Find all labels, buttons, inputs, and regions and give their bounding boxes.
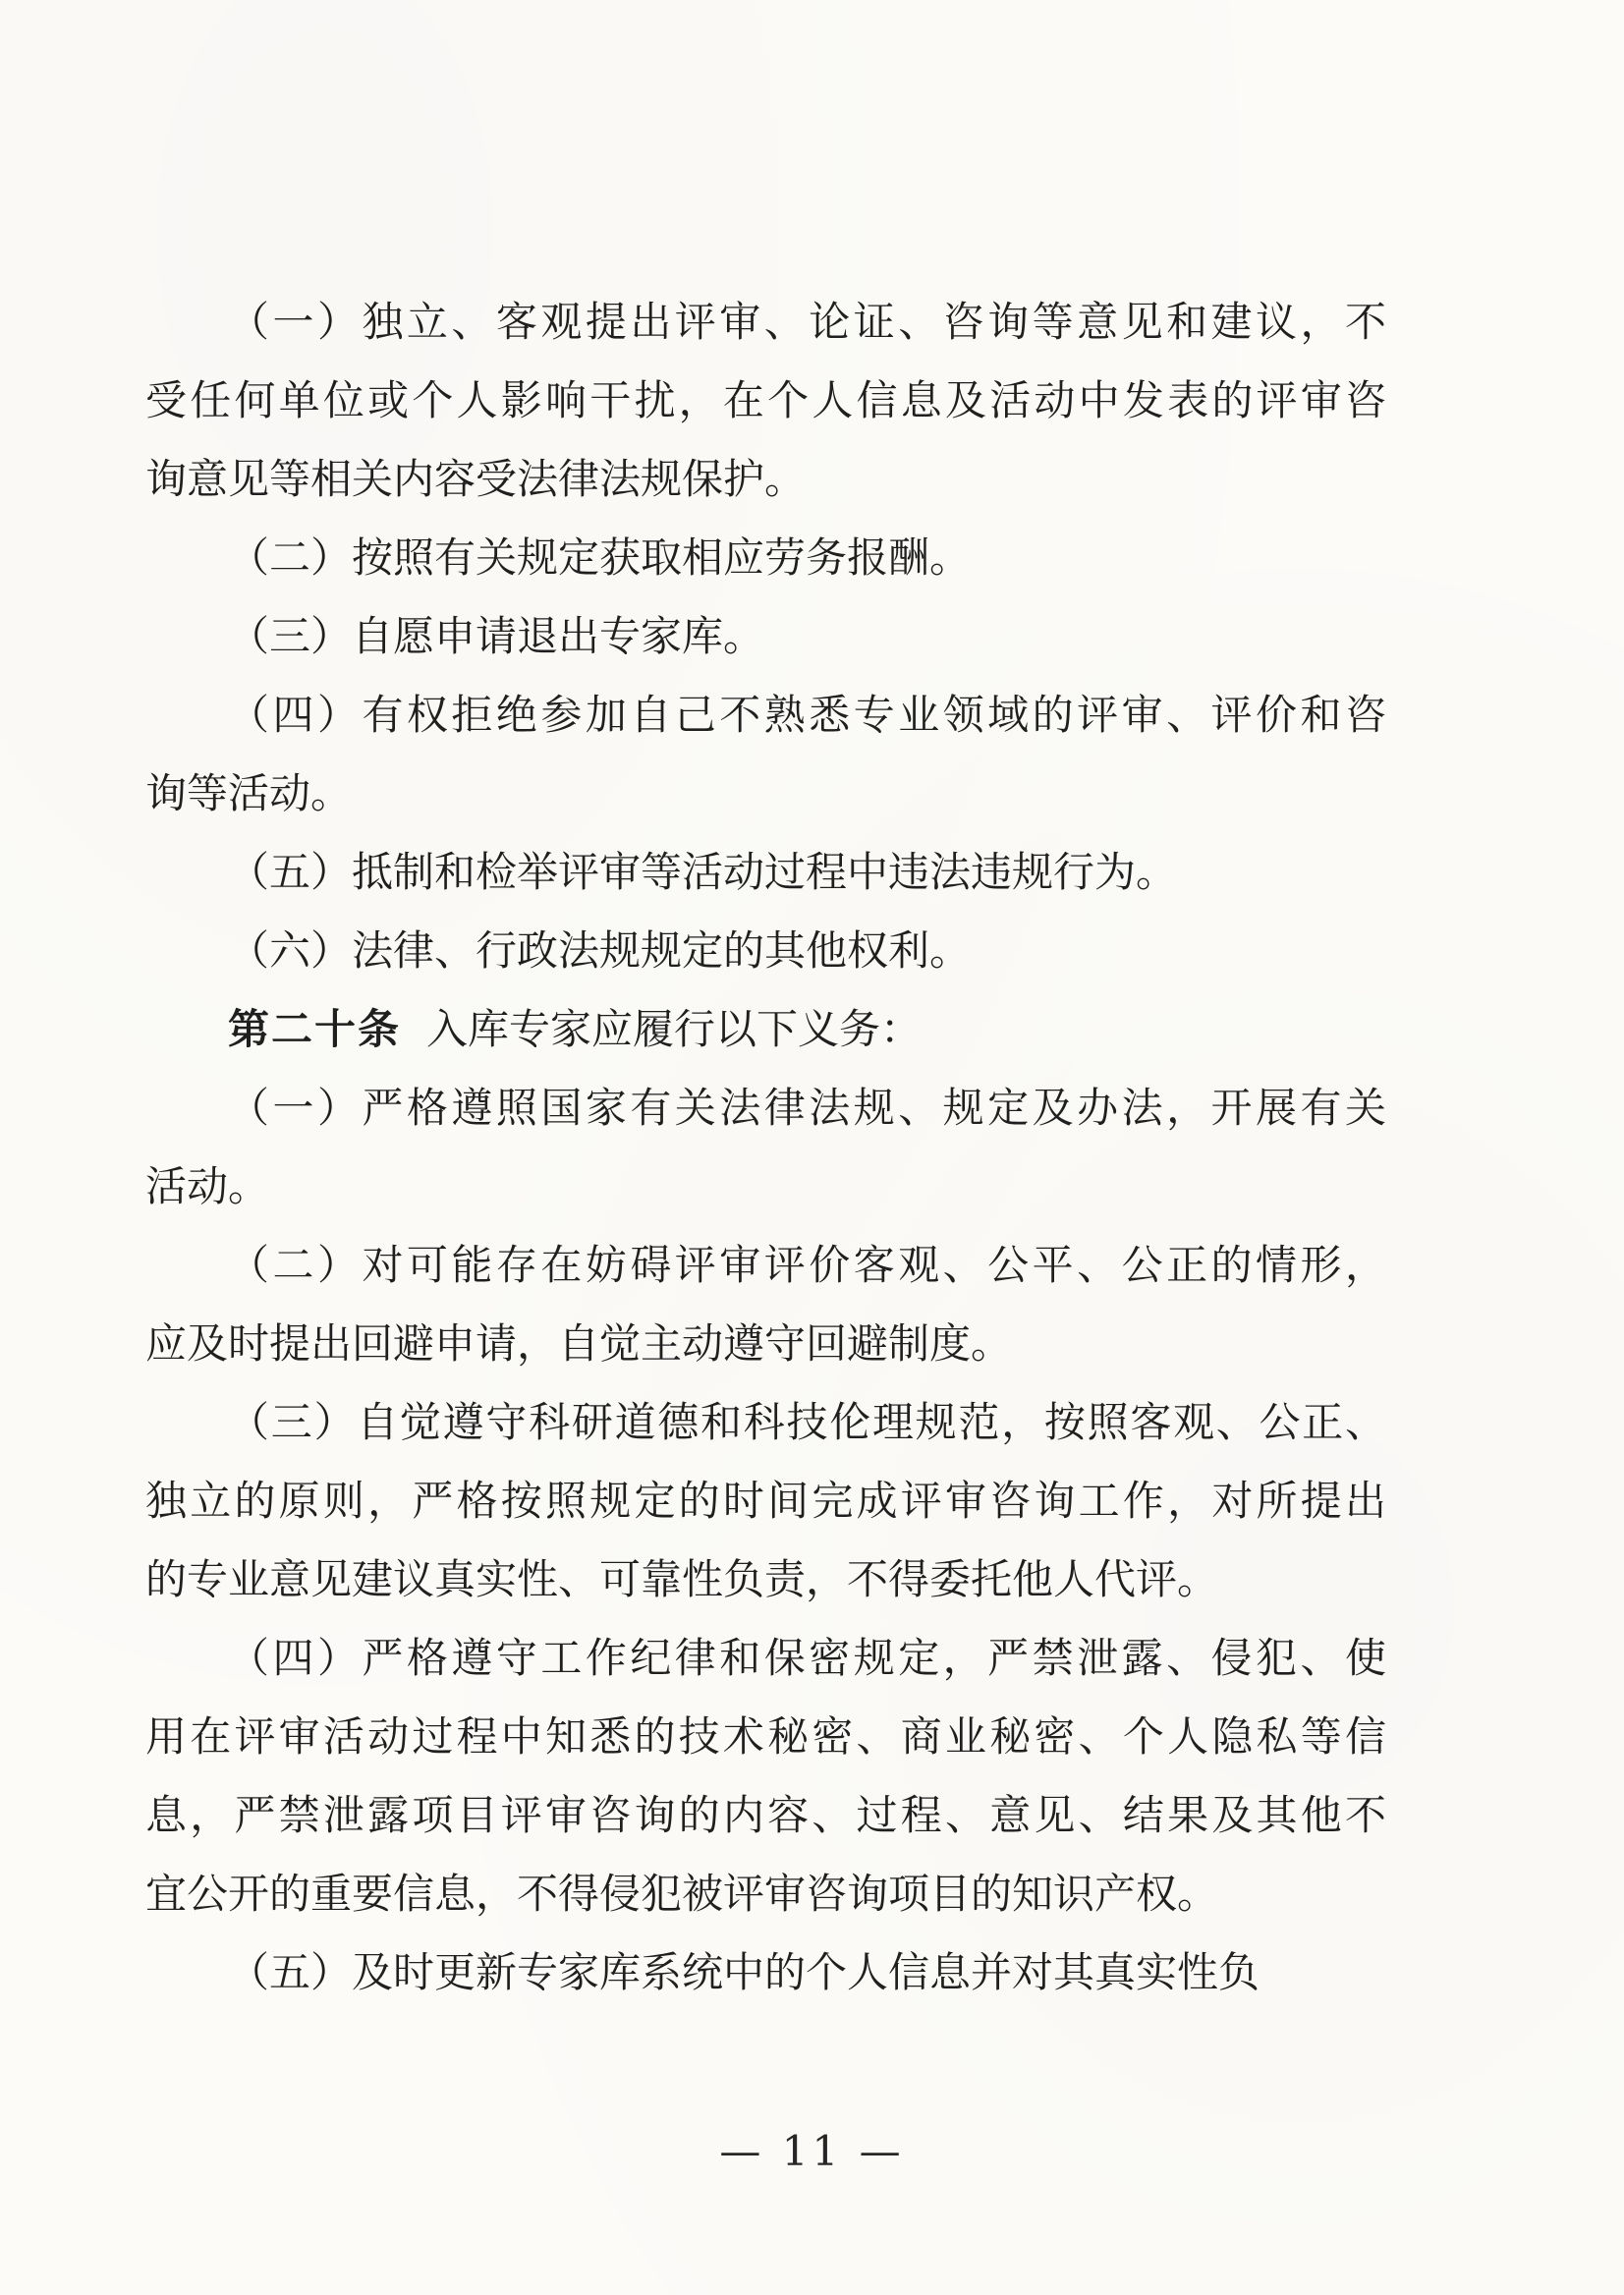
text-line: 宜公开的重要信息，不得侵犯被评审咨询项目的知识产权。 bbox=[145, 1855, 1386, 1933]
paragraph: （三）自愿申请退出专家库。 bbox=[145, 597, 1386, 676]
text-line: 的专业意见建议真实性、可靠性负责，不得委托他人代评。 bbox=[145, 1540, 1386, 1619]
text-line: （一）独立、客观提出评审、论证、咨询等意见和建议，不 bbox=[145, 283, 1386, 362]
text-line: 息，严禁泄露项目评审咨询的内容、过程、意见、结果及其他不 bbox=[145, 1776, 1386, 1855]
paragraph: （四）严格遵守工作纪律和保密规定，严禁泄露、侵犯、使用在评审活动过程中知悉的技术… bbox=[145, 1619, 1386, 1933]
paragraph: （一）严格遵照国家有关法律法规、规定及办法，开展有关活动。 bbox=[145, 1069, 1386, 1226]
paragraph: （六）法律、行政法规规定的其他权利。 bbox=[145, 912, 1386, 990]
text-line: （一）严格遵照国家有关法律法规、规定及办法，开展有关 bbox=[145, 1069, 1386, 1147]
text-line: 独立的原则，严格按照规定的时间完成评审咨询工作，对所提出 bbox=[145, 1462, 1386, 1540]
text-line: （六）法律、行政法规规定的其他权利。 bbox=[145, 912, 1386, 990]
text-line: 活动。 bbox=[145, 1147, 1386, 1226]
text-line: 第二十条入库专家应履行以下义务： bbox=[145, 990, 1386, 1069]
text-line: 询意见等相关内容受法律法规保护。 bbox=[145, 440, 1386, 519]
text-line: （四）严格遵守工作纪律和保密规定，严禁泄露、侵犯、使 bbox=[145, 1619, 1386, 1698]
text-line: （五）抵制和检举评审等活动过程中违法违规行为。 bbox=[145, 833, 1386, 912]
text-line: 应及时提出回避申请，自觉主动遵守回避制度。 bbox=[145, 1305, 1386, 1383]
article-number: 第二十条 bbox=[228, 1005, 401, 1053]
paragraph: （三）自觉遵守科研道德和科技伦理规范，按照客观、公正、独立的原则，严格按照规定的… bbox=[145, 1383, 1386, 1619]
text-line: 受任何单位或个人影响干扰，在个人信息及活动中发表的评审咨 bbox=[145, 362, 1386, 440]
paragraph: （五）及时更新专家库系统中的个人信息并对其真实性负 bbox=[145, 1933, 1386, 2012]
paragraph: 第二十条入库专家应履行以下义务： bbox=[145, 990, 1386, 1069]
document-body: （一）独立、客观提出评审、论证、咨询等意见和建议，不受任何单位或个人影响干扰，在… bbox=[145, 283, 1386, 2012]
paragraph: （一）独立、客观提出评审、论证、咨询等意见和建议，不受任何单位或个人影响干扰，在… bbox=[145, 283, 1386, 519]
text-line: （三）自觉遵守科研道德和科技伦理规范，按照客观、公正、 bbox=[145, 1383, 1386, 1462]
document-page: （一）独立、客观提出评审、论证、咨询等意见和建议，不受任何单位或个人影响干扰，在… bbox=[0, 0, 1624, 2295]
text-line: 用在评审活动过程中知悉的技术秘密、商业秘密、个人隐私等信 bbox=[145, 1698, 1386, 1776]
paragraph: （二）按照有关规定获取相应劳务报酬。 bbox=[145, 519, 1386, 597]
text-line: （四）有权拒绝参加自己不熟悉专业领域的评审、评价和咨 bbox=[145, 676, 1386, 755]
paragraph: （四）有权拒绝参加自己不熟悉专业领域的评审、评价和咨询等活动。 bbox=[145, 676, 1386, 833]
text-line: （二）按照有关规定获取相应劳务报酬。 bbox=[145, 519, 1386, 597]
paragraph: （五）抵制和检举评审等活动过程中违法违规行为。 bbox=[145, 833, 1386, 912]
paragraph: （二）对可能存在妨碍评审评价客观、公平、公正的情形，应及时提出回避申请，自觉主动… bbox=[145, 1226, 1386, 1383]
text-line: （二）对可能存在妨碍评审评价客观、公平、公正的情形， bbox=[145, 1226, 1386, 1305]
text-line: （五）及时更新专家库系统中的个人信息并对其真实性负 bbox=[145, 1933, 1386, 2012]
text-line: 询等活动。 bbox=[145, 755, 1386, 833]
text-line: （三）自愿申请退出专家库。 bbox=[145, 597, 1386, 676]
page-number: — 11 — bbox=[0, 2122, 1624, 2181]
